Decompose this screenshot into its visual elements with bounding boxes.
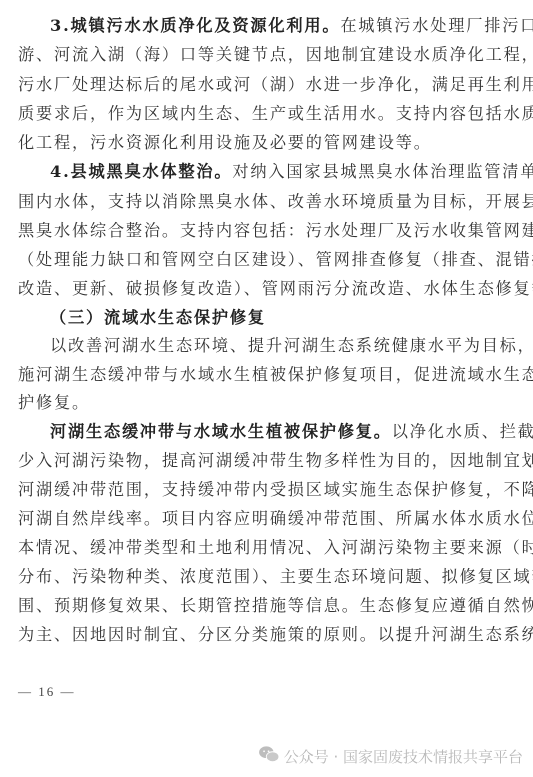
text-line: 本情况、缓冲带类型和土地利用情况、入河湖污染物主要来源（时间 bbox=[18, 538, 461, 558]
line-text: 河湖缓冲带范围，支持缓冲带内受损区域实施生态保护修复，不降低 bbox=[18, 480, 533, 499]
watermark: 公众号 · 国家固废技术情报共享平台 bbox=[258, 745, 523, 767]
document-page: 3.城镇污水水质净化及资源化利用。在城镇污水处理厂排污口下游、河流入湖（海）口等… bbox=[0, 0, 533, 777]
text-line: 改造、更新、破损修复改造）、管网雨污分流改造、水体生态修复等。 bbox=[18, 279, 461, 299]
bold-heading: （三）流域水生态保护修复 bbox=[50, 308, 266, 327]
line-text: 黑臭水体综合整治。支持内容包括：污水处理厂及污水收集管网建设 bbox=[18, 221, 533, 240]
line-text: 为主、因地因时制宜、分区分类施策的原则。以提升河湖生态系统健 bbox=[18, 625, 533, 644]
text-line: 以改善河湖水生态环境、提升河湖生态系统健康水平为目标，实 bbox=[50, 336, 461, 356]
page-number: — 16 — bbox=[18, 684, 76, 700]
line-text: 本情况、缓冲带类型和土地利用情况、入河湖污染物主要来源（时间 bbox=[18, 538, 533, 557]
text-line: 化工程，污水资源化利用设施及必要的管网建设等。 bbox=[18, 133, 461, 153]
text-line: 护修复。 bbox=[18, 393, 461, 413]
line-text: （处理能力缺口和管网空白区建设）、管网排查修复（排查、混错接 bbox=[18, 250, 533, 269]
text-line: 质要求后，作为区域内生态、生产或生活用水。支持内容包括水质净 bbox=[18, 104, 461, 124]
text-line: 分布、污染物种类、浓度范围）、主要生态环境问题、拟修复区域范 bbox=[18, 567, 461, 587]
text-line: 围内水体，支持以消除黑臭水体、改善水环境质量为目标，开展县城 bbox=[18, 192, 461, 212]
line-text: 围内水体，支持以消除黑臭水体、改善水环境质量为目标，开展县城 bbox=[18, 192, 533, 211]
bold-heading: 3.城镇污水水质净化及资源化利用。 bbox=[50, 16, 340, 35]
line-text: 施河湖生态缓冲带与水域水生植被保护修复项目，促进流域水生态保 bbox=[18, 365, 533, 384]
text-line: （处理能力缺口和管网空白区建设）、管网排查修复（排查、混错接 bbox=[18, 250, 461, 270]
line-text: 改造、更新、破损修复改造）、管网雨污分流改造、水体生态修复等。 bbox=[18, 279, 533, 298]
watermark-text: 公众号 · 国家固废技术情报共享平台 bbox=[284, 746, 523, 767]
line-text: 护修复。 bbox=[18, 393, 90, 412]
line-text: 以改善河湖水生态环境、提升河湖生态系统健康水平为目标，实 bbox=[50, 336, 533, 355]
text-line: 污水厂处理达标后的尾水或河（湖）水进一步净化，满足再生利用水 bbox=[18, 75, 461, 95]
line-text: 在城镇污水处理厂排污口下 bbox=[340, 16, 533, 35]
text-line: 黑臭水体综合整治。支持内容包括：污水处理厂及污水收集管网建设 bbox=[18, 221, 461, 241]
text-line: 为主、因地因时制宜、分区分类施策的原则。以提升河湖生态系统健 bbox=[18, 625, 461, 645]
text-line: 河湖缓冲带范围，支持缓冲带内受损区域实施生态保护修复，不降低 bbox=[18, 480, 461, 500]
line-text: 河湖自然岸线率。项目内容应明确缓冲带范围、所属水体水质水位基 bbox=[18, 509, 533, 528]
text-line: 4.县城黑臭水体整治。对纳入国家县城黑臭水体治理监管清单范 bbox=[50, 162, 461, 182]
text-line: （三）流域水生态保护修复 bbox=[50, 308, 461, 328]
text-line: 施河湖生态缓冲带与水域水生植被保护修复项目，促进流域水生态保 bbox=[18, 365, 461, 385]
bold-heading: 河湖生态缓冲带与水域水生植被保护修复。 bbox=[50, 422, 392, 441]
text-line: 围、预期修复效果、长期管控措施等信息。生态修复应遵循自然恢复 bbox=[18, 596, 461, 616]
wechat-icon bbox=[258, 745, 280, 767]
line-text: 游、河流入湖（海）口等关键节点，因地制宜建设水质净化工程，对 bbox=[18, 45, 533, 64]
line-text: 质要求后，作为区域内生态、生产或生活用水。支持内容包括水质净 bbox=[18, 104, 533, 123]
bold-heading: 4.县城黑臭水体整治。 bbox=[50, 162, 232, 181]
line-text: 污水厂处理达标后的尾水或河（湖）水进一步净化，满足再生利用水 bbox=[18, 75, 533, 94]
text-line: 3.城镇污水水质净化及资源化利用。在城镇污水处理厂排污口下 bbox=[50, 16, 461, 36]
line-text: 少入河湖污染物，提高河湖缓冲带生物多样性为目的，因地制宜划定 bbox=[18, 451, 533, 470]
text-line: 河湖自然岸线率。项目内容应明确缓冲带范围、所属水体水质水位基 bbox=[18, 509, 461, 529]
text-line: 游、河流入湖（海）口等关键节点，因地制宜建设水质净化工程，对 bbox=[18, 45, 461, 65]
line-text: 化工程，污水资源化利用设施及必要的管网建设等。 bbox=[18, 133, 432, 152]
line-text: 以净化水质、拦截减 bbox=[392, 422, 533, 441]
line-text: 围、预期修复效果、长期管控措施等信息。生态修复应遵循自然恢复 bbox=[18, 596, 533, 615]
line-text: 分布、污染物种类、浓度范围）、主要生态环境问题、拟修复区域范 bbox=[18, 567, 533, 586]
text-line: 少入河湖污染物，提高河湖缓冲带生物多样性为目的，因地制宜划定 bbox=[18, 451, 461, 471]
text-line: 河湖生态缓冲带与水域水生植被保护修复。以净化水质、拦截减 bbox=[50, 422, 461, 442]
line-text: 对纳入国家县城黑臭水体治理监管清单范 bbox=[232, 162, 533, 181]
